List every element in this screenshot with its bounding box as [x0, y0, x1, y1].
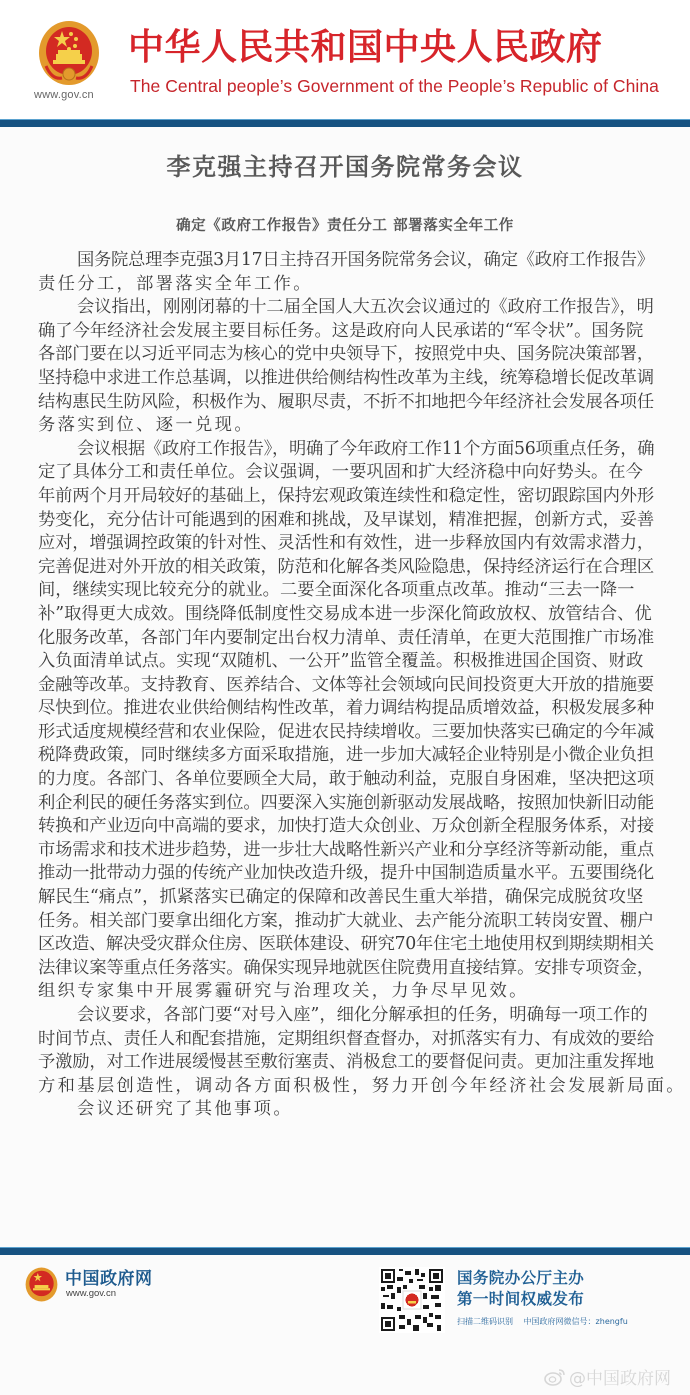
body-line: 会议指出，刚刚闭幕的十二届全国人大五次会议通过的《政府工作报告》，明 — [38, 296, 654, 320]
body-line: 予激励，对工作进展缓慢甚至敷衍塞责、消极怠工的要督促问责。更加注重发挥地 — [38, 1051, 654, 1075]
body-line: 会议根据《政府工作报告》，明确了今年政府工作11个方面56项重点任务，确 — [38, 438, 654, 462]
article-title: 李克强主持召开国务院常务会议 — [0, 151, 690, 183]
body-line: 推动一批带动力强的传统产业加快改造升级，提升中国制造质量水平。五要围绕化 — [38, 862, 654, 886]
body-line: 间，继续实现比较充分的就业。二要全面深化各项重点改革。推动“三去一降一 — [38, 579, 654, 603]
logo-url[interactable]: www.gov.cn — [34, 89, 94, 101]
body-line: 结构惠民生防风险，积极作为、履职尽责，不折不扣地把今年经济社会发展各项任 — [38, 391, 654, 415]
body-line: 务落实到位、逐一兑现。 — [38, 414, 654, 438]
weibo-icon — [544, 1368, 566, 1386]
body-line: 税降费政策，同时继续多方面采取措施，进一步加大减轻企业特别是小微企业负担 — [38, 744, 654, 768]
body-line: 形式适度规模经营和农业保险，促进农民持续增收。三要加快落实已确定的今年减 — [38, 721, 654, 745]
body-line: 会议还研究了其他事项。 — [38, 1098, 654, 1122]
article-subtitle: 确定《政府工作报告》责任分工 部署落实全年工作 — [0, 215, 690, 237]
body-line: 转换和产业迈向中高端的要求，加快打造大众创业、万众创新全程服务体系，对接 — [38, 815, 654, 839]
body-line: 组织专家集中开展雾霾研究与治理攻关，力争尽早见效。 — [38, 980, 654, 1004]
body-line: 利企利民的硬任务落实到位。四要深入实施创新驱动发展战略，按照加快新旧动能 — [38, 792, 654, 816]
body-line: 势变化，充分估计可能遇到的困难和挑战，及早谋划，精准把握，创新方式，妥善 — [38, 509, 654, 533]
national-emblem-icon — [38, 20, 100, 86]
footer-brand-name: 中国政府网 — [65, 1264, 153, 1289]
promo-note: 扫描二维码识别 中国政府网微信号：zhengfu — [457, 1316, 628, 1327]
body-line: 市场需求和技术进步趋势，进一步壮大战略性新兴产业和分享经济等新动能，重点 — [38, 839, 654, 863]
body-line: 的力度。各部门、各单位要顾全大局，敢于触动利益，克服自身困难，坚决把这项 — [38, 768, 654, 792]
body-line: 化服务改革，各部门年内要制定出台权力清单、责任清单，在更大范围推广市场准 — [38, 627, 654, 651]
site-header: www.gov.cn 中华人民共和国中央人民政府 The Central peo… — [0, 0, 690, 119]
article-body: 国务院总理李克强3月17日主持召开国务院常务会议，确定《政府工作报告》责任分工，… — [38, 249, 654, 1122]
body-line: 入负面清单试点。实现“双随机、一公开”监管全覆盖。积极推进国企国资、财政 — [38, 650, 654, 674]
body-line: 会议要求，各部门要“对号入座”，细化分解承担的任务，明确每一项工作的 — [38, 1004, 654, 1028]
body-line: 任务。相关部门要拿出细化方案，推动扩大就业、去产能分流职工转岗安置、棚户 — [38, 910, 654, 934]
body-line: 方和基层创造性，调动各方面积极性，努力开创今年经济社会发展新局面。 — [38, 1075, 654, 1099]
body-line: 应对，增强调控政策的针对性、灵活性和有效性，进一步释放国内有效需求潜力， — [38, 532, 654, 556]
header-divider-bar — [0, 119, 690, 127]
body-line: 完善促进对外开放的相关政策，防范和化解各类风险隐患，保持经济运行在合理区 — [38, 556, 654, 580]
body-line: 法律议案等重点任务落实。确保实现异地就医住院费用直接结算。安排专项资金， — [38, 957, 654, 981]
body-line: 责任分工，部署落实全年工作。 — [38, 273, 654, 297]
body-line: 区改造、解决受灾群众住房、医联体建设、研究70年住宅土地使用权到期续期相关 — [38, 933, 654, 957]
national-emblem-icon — [25, 1267, 58, 1302]
body-line: 年前两个月开局较好的基础上，保持宏观政策连续性和稳定性，密切跟踪国内外形 — [38, 485, 654, 509]
body-line: 确了今年经济社会发展主要目标任务。这是政府向人民承诺的“军令状”。国务院 — [38, 320, 654, 344]
site-title-english: The Central people’s Government of the P… — [130, 76, 659, 97]
body-line: 解民生“痛点”，抓紧落实已确定的保障和改善民生重大举措，确保完成脱贫攻坚 — [38, 886, 654, 910]
wechat-note: 中国政府网微信号：zhengfu — [524, 1317, 628, 1326]
body-line: 坚持稳中求进工作总基调，以推进供给侧结构性改革为主线，统筹稳增长促改革调 — [38, 367, 654, 391]
footer-divider-bar — [0, 1247, 690, 1255]
body-line: 国务院总理李克强3月17日主持召开国务院常务会议，确定《政府工作报告》 — [38, 249, 654, 273]
body-line: 补”取得更大成效。围绕降低制度性交易成本进一步深化简政放权、放管结合、优 — [38, 603, 654, 627]
scan-note: 扫描二维码识别 — [457, 1317, 513, 1326]
body-line: 尽快到位。推进农业供给侧结构性改革，着力调结构提品质增效益，积极发展多种 — [38, 697, 654, 721]
watermark-text: @中国政府网 — [569, 1364, 671, 1389]
site-title-chinese: 中华人民共和国中央人民政府 — [128, 26, 603, 70]
body-line: 时间节点、责任人和配套措施，定期组织督查督办，对抓落实有力、有成效的要给 — [38, 1028, 654, 1052]
qr-code-icon — [379, 1267, 445, 1333]
promo-line-2: 第一时间权威发布 — [457, 1287, 584, 1309]
body-line: 定了具体分工和责任单位。会议强调，一要巩固和扩大经济稳中向好势头。在今 — [38, 461, 654, 485]
footer-url[interactable]: www.gov.cn — [66, 1288, 116, 1299]
body-line: 各部门要在以习近平同志为核心的党中央领导下，按照党中央、国务院决策部署， — [38, 343, 654, 367]
body-line: 金融等改革。支持教育、医养结合、文体等社会领域向民间投资更大开放的措施要 — [38, 674, 654, 698]
promo-line-1: 国务院办公厅主办 — [457, 1266, 584, 1288]
weibo-watermark: @中国政府网 — [544, 1364, 671, 1389]
